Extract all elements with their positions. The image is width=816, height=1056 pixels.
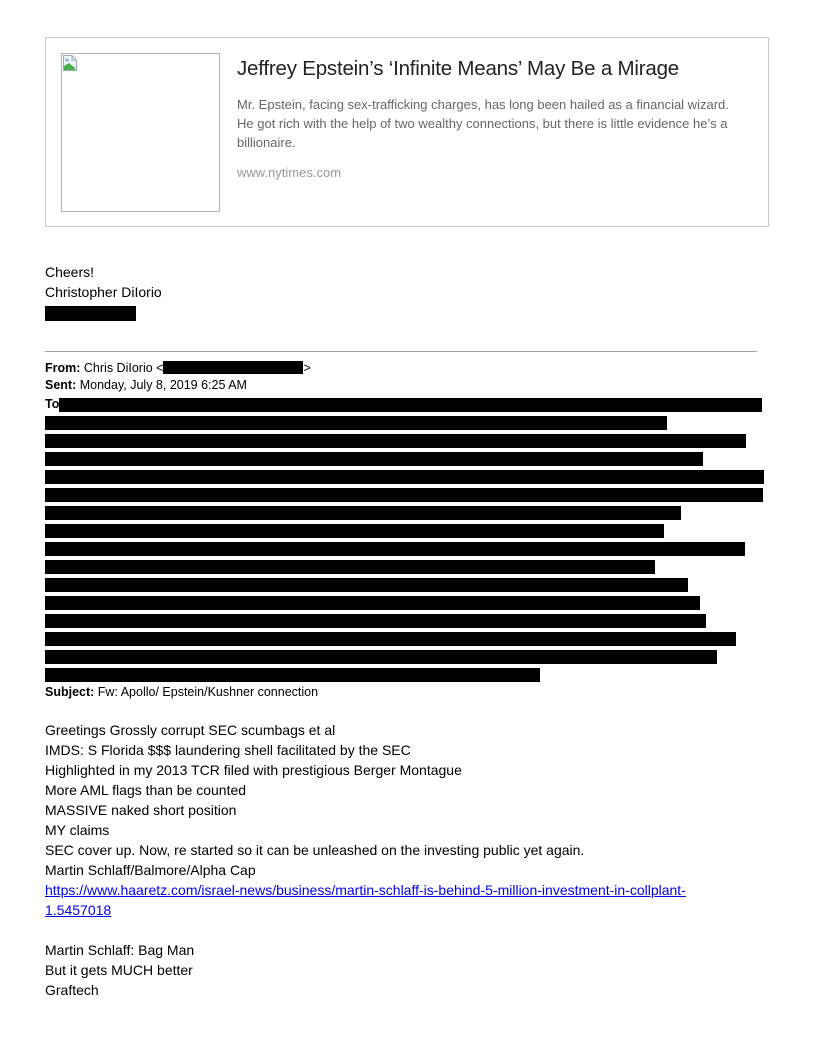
- redaction-block: [163, 361, 303, 374]
- redaction-block: [45, 306, 136, 321]
- email-body: Greetings Grossly corrupt SEC scumbags e…: [45, 720, 765, 1000]
- redaction-block: [45, 470, 764, 484]
- body-line: Greetings Grossly corrupt SEC scumbags e…: [45, 720, 765, 740]
- preview-title[interactable]: Jeffrey Epstein’s ‘Infinite Means’ May B…: [237, 57, 679, 81]
- redaction-block: [45, 506, 681, 520]
- haaretz-link[interactable]: https://www.haaretz.com/israel-news/busi…: [45, 882, 686, 918]
- body-line: MASSIVE naked short position: [45, 800, 765, 820]
- body-line: More AML flags than be counted: [45, 780, 765, 800]
- body-line: MY claims: [45, 820, 765, 840]
- body-line: Martin Schlaff: Bag Man: [45, 940, 765, 960]
- to-label: To: [45, 397, 59, 411]
- preview-domain: www.nytimes.com: [237, 165, 341, 180]
- redaction-block: [45, 560, 655, 574]
- body-line: Highlighted in my 2013 TCR filed with pr…: [45, 760, 765, 780]
- signature-name: Christopher DiIorio: [45, 282, 162, 302]
- redaction-block: [45, 614, 706, 628]
- redaction-block: [45, 596, 700, 610]
- sent-line: Sent: Monday, July 8, 2019 6:25 AM: [45, 377, 247, 394]
- from-line: From: Chris DiIorio <>: [45, 360, 311, 377]
- to-line: To: [45, 396, 59, 413]
- body-line: SEC cover up. Now, re started so it can …: [45, 840, 765, 860]
- redaction-block: [45, 452, 703, 466]
- separator-line: [45, 351, 757, 352]
- redaction-block: [45, 416, 667, 430]
- subject-label: Subject:: [45, 685, 94, 699]
- redaction-block: [45, 488, 763, 502]
- body-line: But it gets MUCH better: [45, 960, 765, 980]
- redaction-block: [45, 650, 717, 664]
- redaction-block: [45, 632, 736, 646]
- subject-value: Fw: Apollo/ Epstein/Kushner connection: [98, 685, 318, 699]
- broken-image-icon: [63, 55, 77, 71]
- redaction-block: [45, 524, 664, 538]
- body-line: Graftech: [45, 980, 765, 1000]
- body-line: IMDS: S Florida $$$ laundering shell fac…: [45, 740, 765, 760]
- preview-description: Mr. Epstein, facing sex-trafficking char…: [237, 95, 737, 152]
- redaction-block: [45, 542, 745, 556]
- redaction-block: [45, 578, 688, 592]
- subject-line: Subject: Fw: Apollo/ Epstein/Kushner con…: [45, 684, 318, 701]
- body-line: Martin Schlaff/Balmore/Alpha Cap: [45, 860, 765, 880]
- from-label: From:: [45, 361, 80, 375]
- link-preview-card[interactable]: Jeffrey Epstein’s ‘Infinite Means’ May B…: [45, 37, 769, 227]
- signature: Cheers! Christopher DiIorio: [45, 262, 162, 302]
- from-name: Chris DiIorio <: [84, 361, 164, 375]
- sent-label: Sent:: [45, 378, 76, 392]
- signature-closing: Cheers!: [45, 262, 162, 282]
- preview-thumbnail: [61, 53, 220, 212]
- sent-value: Monday, July 8, 2019 6:25 AM: [80, 378, 247, 392]
- redaction-block: [59, 398, 762, 412]
- redaction-block: [45, 668, 540, 682]
- redaction-block: [45, 434, 746, 448]
- from-close: >: [303, 361, 310, 375]
